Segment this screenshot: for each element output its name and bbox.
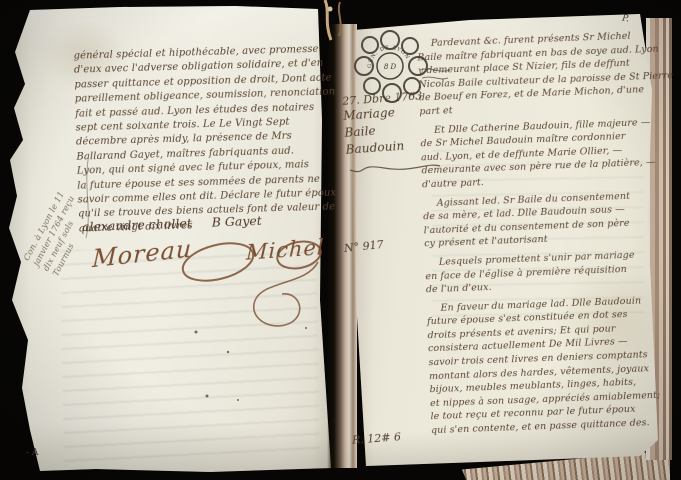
right-page-text: Pardevant &c. furent présents Sr MichelB…	[417, 29, 668, 443]
cord-knot	[328, 7, 333, 12]
manuscript-paragraph: Agissant led. Sr Baile du consentementde…	[422, 188, 660, 251]
manuscript-paragraph: En faveur du mariage lad. Dlle Baudouinf…	[426, 293, 667, 437]
fiscal-stamp: GÉN. DE LYON 8 D	[352, 28, 452, 108]
manuscript-photo: général spécial et hipothécable, avec pr…	[0, 0, 681, 480]
ink-bleedthrough-left	[60, 246, 320, 462]
stamp-value: 8 D	[384, 63, 397, 71]
signature-gayet: B Gayet	[211, 213, 262, 230]
left-page-text: général spécial et hipothécable, avec pr…	[73, 42, 339, 236]
manuscript-paragraph: Pardevant &c. furent présents Sr MichelB…	[417, 29, 656, 119]
manuscript-paragraph: Et Dlle Catherine Baudouin, fille majeur…	[420, 115, 658, 192]
margin-keywords: MariageBaileBaudouin	[343, 102, 426, 158]
left-corner-mark: - A	[26, 448, 38, 458]
right-corner-mark: P.	[621, 14, 629, 25]
spacer	[192, 227, 212, 228]
manuscript-paragraph: Lesquels promettent s'unir par mariageen…	[425, 248, 662, 297]
